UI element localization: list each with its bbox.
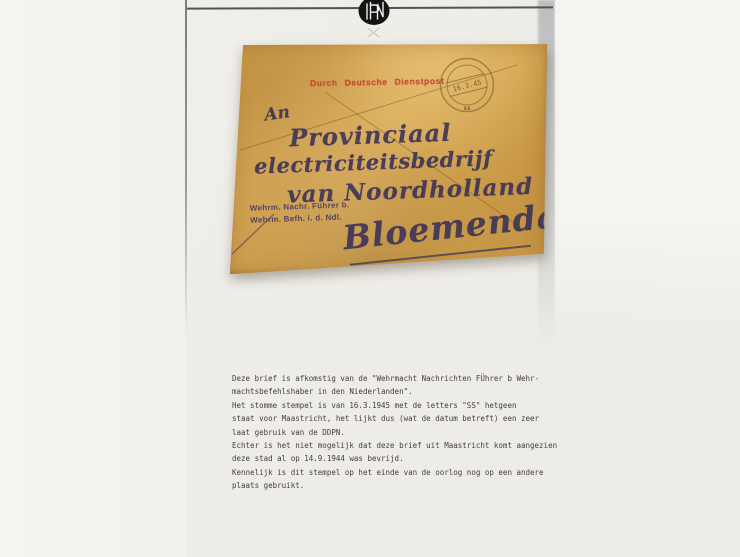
pencil-x-mark-icon [366, 26, 381, 39]
page-left-edge [185, 0, 187, 335]
envelope-cover: Durch Deutsche Dienstpost 16.3.45 ss An … [228, 42, 548, 276]
description-line: machtsbefehlshaber in den Niederlanden". [232, 385, 557, 398]
description-line: deze stad al op 14.9.1944 was bevrijd. [232, 452, 557, 465]
description-line: Kennelijk is dit stempel op het einde va… [232, 466, 557, 479]
typewritten-description: Deze brief is afkomstig van de "Wehrmach… [232, 372, 557, 493]
album-page-photo: Durch Deutsche Dienstpost 16.3.45 ss An … [0, 0, 740, 557]
military-cachet: Wehrm. Nachr. Führer b. Wehrm. Befh. i. … [250, 199, 350, 226]
envelope: Durch Deutsche Dienstpost 16.3.45 ss An … [228, 42, 548, 276]
club-monogram-logo [355, 0, 393, 28]
handwritten-address: An Provinciaal electriciteitsbedrijf van… [224, 36, 552, 281]
backdrop-left [0, 0, 186, 557]
description-line: Het stomme stempel is van 16.3.1945 met … [232, 399, 557, 412]
backdrop-right [555, 0, 740, 330]
description-line: Deze brief is afkomstig van de "Wehrmach… [232, 372, 557, 385]
address-line-an: An [263, 102, 291, 125]
description-line: plaats gebruikt. [232, 479, 557, 492]
description-line: laat gebruik van de DDPN. [232, 426, 557, 439]
description-line: Echter is het niet mogelijk dat deze bri… [232, 439, 557, 452]
description-line: staat voor Maastricht, het lijkt dus (wa… [232, 412, 557, 425]
